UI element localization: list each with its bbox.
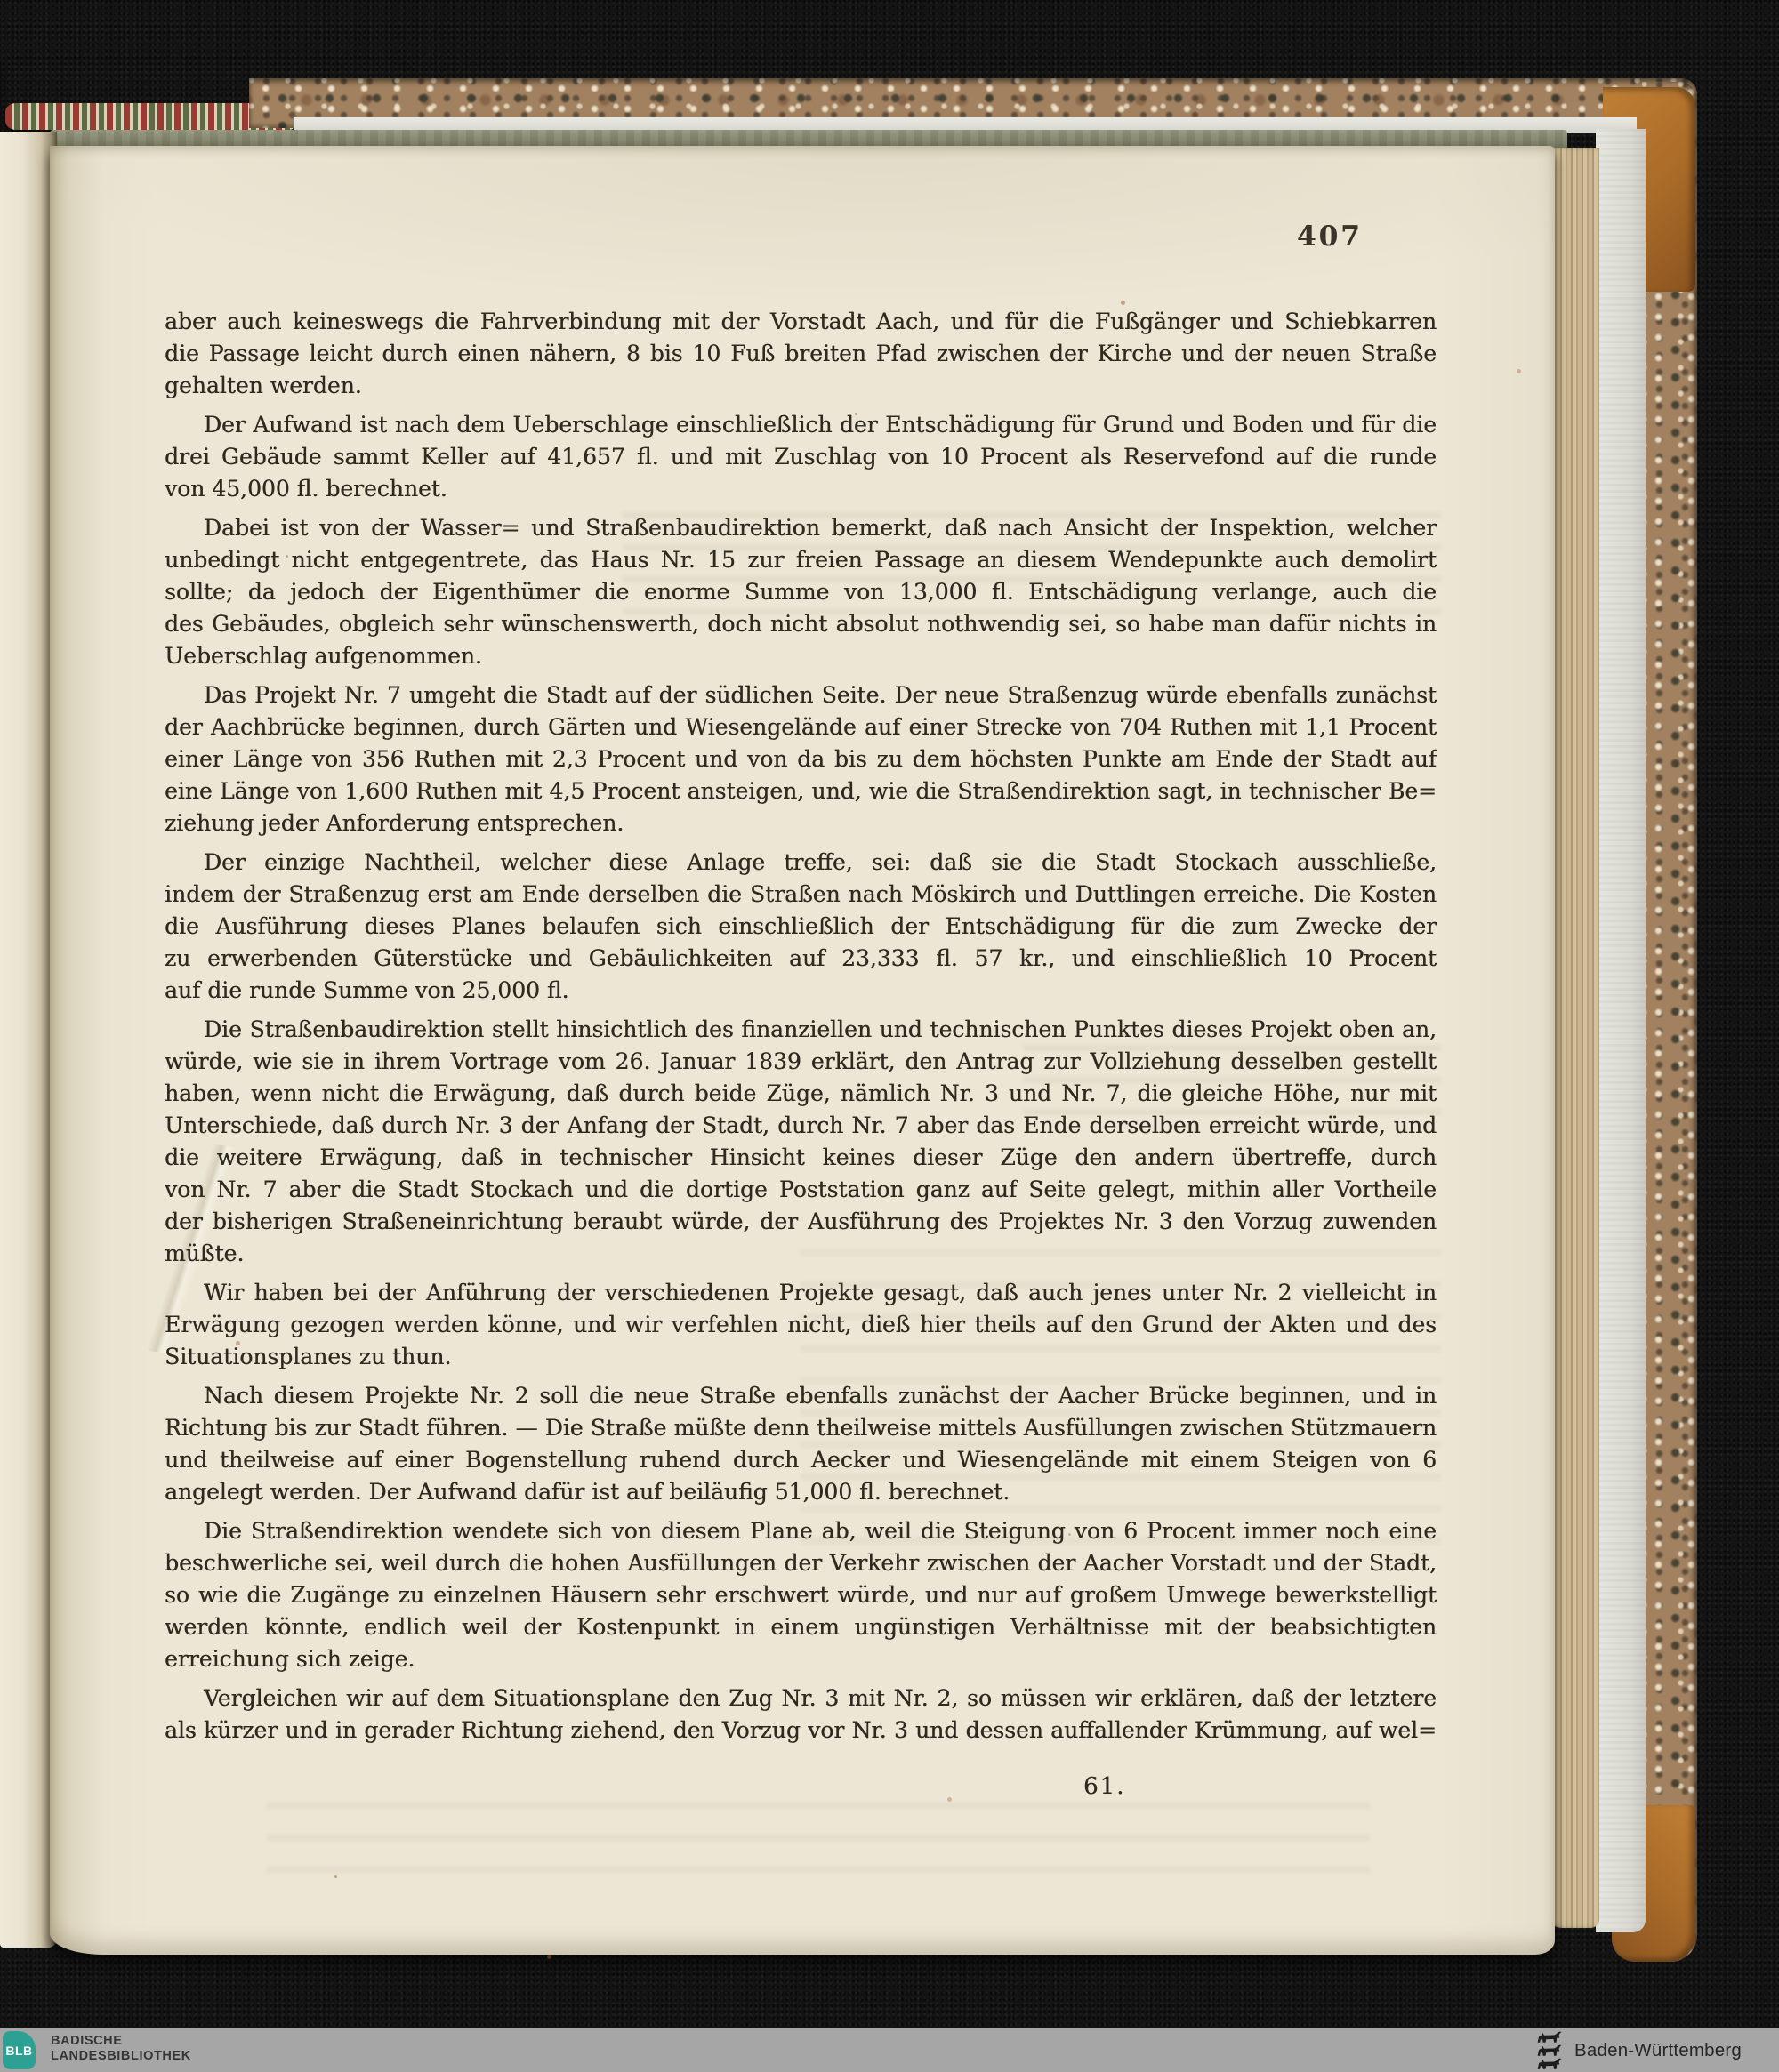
text-line: zu erwerbenden Güterstücke und Gebäulich…: [165, 943, 1437, 975]
text-line: müßte.: [165, 1238, 1437, 1270]
lion-icon: [1535, 2058, 1564, 2070]
text-line: die Ausführung dieses Planes belaufen si…: [165, 911, 1437, 943]
paragraph: Vergleichen wir auf dem Situationsplane …: [165, 1682, 1437, 1747]
text-line: die Passage leicht durch einen nähern, 8…: [165, 338, 1437, 370]
text-line: Der einzige Nachtheil, welcher diese Anl…: [165, 847, 1437, 879]
blb-logo-text: BLB: [5, 2044, 32, 2058]
text-line: als kürzer und in gerader Richtung ziehe…: [165, 1715, 1437, 1747]
text-line: gehalten werden.: [165, 370, 1437, 402]
paragraph: Dabei ist von der Wasser= und Straßenbau…: [165, 512, 1437, 672]
text-line: der Aachbrücke beginnen, durch Gärten un…: [165, 711, 1437, 743]
text-line: von 45,000 fl. berechnet.: [165, 473, 1437, 505]
text-line: Die Straßendirektion wendete sich von di…: [165, 1515, 1437, 1547]
text-line: die weitere Erwägung, daß in technischer…: [165, 1142, 1437, 1174]
text-line: sollte; da jedoch der Eigenthümer die en…: [165, 576, 1437, 608]
text-line: drei Gebäude sammt Keller auf 41,657 fl.…: [165, 441, 1437, 473]
text-line: würde, wie sie in ihrem Vortrage vom 26.…: [165, 1046, 1437, 1078]
text-line: Nach diesem Projekte Nr. 2 soll die neue…: [165, 1380, 1437, 1412]
text-line: Das Projekt Nr. 7 umgeht die Stadt auf d…: [165, 679, 1437, 711]
text-line: Wir haben bei der Anführung der verschie…: [165, 1277, 1437, 1309]
library-name-line1: BADISCHE: [51, 2034, 191, 2049]
text-line: Ueberschlag aufgenommen.: [165, 640, 1437, 672]
paragraph: Die Straßenbaudirektion stellt hinsichtl…: [165, 1014, 1437, 1270]
signature-mark: 61.: [1083, 1773, 1125, 1800]
text-line: Die Straßenbaudirektion stellt hinsichtl…: [165, 1014, 1437, 1046]
page-number: 407: [1297, 221, 1363, 253]
text-line: der bisherigen Straßeneinrichtung beraub…: [165, 1206, 1437, 1238]
text-line: und theilweise auf einer Bogenstellung r…: [165, 1444, 1437, 1476]
paragraph: Der Aufwand ist nach dem Ueberschlage ei…: [165, 409, 1437, 505]
text-line: einer Länge von 356 Ruthen mit 2,3 Proce…: [165, 743, 1437, 775]
text-line: ziehung jeder Anforderung entsprechen.: [165, 807, 1437, 839]
text-line: erreichung sich zeige.: [165, 1643, 1437, 1675]
paragraph: Das Projekt Nr. 7 umgeht die Stadt auf d…: [165, 679, 1437, 839]
text-line: beschwerliche sei, weil durch die hohen …: [165, 1547, 1437, 1579]
blb-logo: BLB: [3, 2031, 36, 2069]
paragraph: aber auch keineswegs die Fahrverbindung …: [165, 306, 1437, 402]
text-column: aber auch keineswegs die Fahrverbindung …: [165, 306, 1437, 1754]
text-line: Situationsplanes zu thun.: [165, 1341, 1437, 1373]
facing-page-sliver: [0, 132, 57, 1948]
state-brand: Baden-Württemberg: [1535, 2028, 1742, 2072]
state-name: Baden-Württemberg: [1574, 2040, 1742, 2061]
text-line: unbedingt nicht entgegentrete, das Haus …: [165, 544, 1437, 576]
text-line: werden könnte, endlich weil der Kostenpu…: [165, 1611, 1437, 1643]
paragraph: Nach diesem Projekte Nr. 2 soll die neue…: [165, 1380, 1437, 1508]
text-line: Der Aufwand ist nach dem Ueberschlage ei…: [165, 409, 1437, 441]
paragraph: Wir haben bei der Anführung der verschie…: [165, 1277, 1437, 1373]
text-line: Erwägung gezogen werden könne, und wir v…: [165, 1309, 1437, 1341]
text-line: Vergleichen wir auf dem Situationsplane …: [165, 1682, 1437, 1715]
text-line: eine Länge von 1,600 Ruthen mit 4,5 Proc…: [165, 775, 1437, 807]
text-line: so wie die Zugänge zu einzelnen Häusern …: [165, 1579, 1437, 1611]
text-line: indem der Straßenzug erst am Ende dersel…: [165, 879, 1437, 911]
text-line: auf die runde Summe von 25,000 fl.: [165, 975, 1437, 1007]
footer-bar: BLB BADISCHE LANDESBIBLIOTHEK Baden-Würt…: [0, 2028, 1779, 2072]
paragraph: Der einzige Nachtheil, welcher diese Anl…: [165, 847, 1437, 1007]
text-line: Dabei ist von der Wasser= und Straßenbau…: [165, 512, 1437, 544]
paragraph: Die Straßendirektion wendete sich von di…: [165, 1515, 1437, 1675]
lion-icon: [1535, 2044, 1564, 2057]
text-line: haben, wenn nicht die Erwägung, daß durc…: [165, 1078, 1437, 1110]
coat-of-arms-lions-icon: [1535, 2030, 1564, 2071]
text-line: aber auch keineswegs die Fahrverbindung …: [165, 306, 1437, 338]
text-line: Unterschiede, daß durch Nr. 3 der Anfang…: [165, 1110, 1437, 1142]
library-name: BADISCHE LANDESBIBLIOTHEK: [51, 2034, 191, 2064]
lion-icon: [1535, 2031, 1564, 2044]
flyleaf-edge-right: [1596, 129, 1646, 1932]
text-line: angelegt werden. Der Aufwand dafür ist a…: [165, 1476, 1437, 1508]
library-name-line2: LANDESBIBLIOTHEK: [51, 2049, 191, 2064]
marbled-cover-right-edge: [1642, 82, 1697, 1962]
text-line: von Nr. 7 aber die Stadt Stockach und di…: [165, 1174, 1437, 1206]
text-line: des Gebäudes, obgleich sehr wünschenswer…: [165, 608, 1437, 640]
text-line: Richtung bis zur Stadt führen. — Die Str…: [165, 1412, 1437, 1444]
